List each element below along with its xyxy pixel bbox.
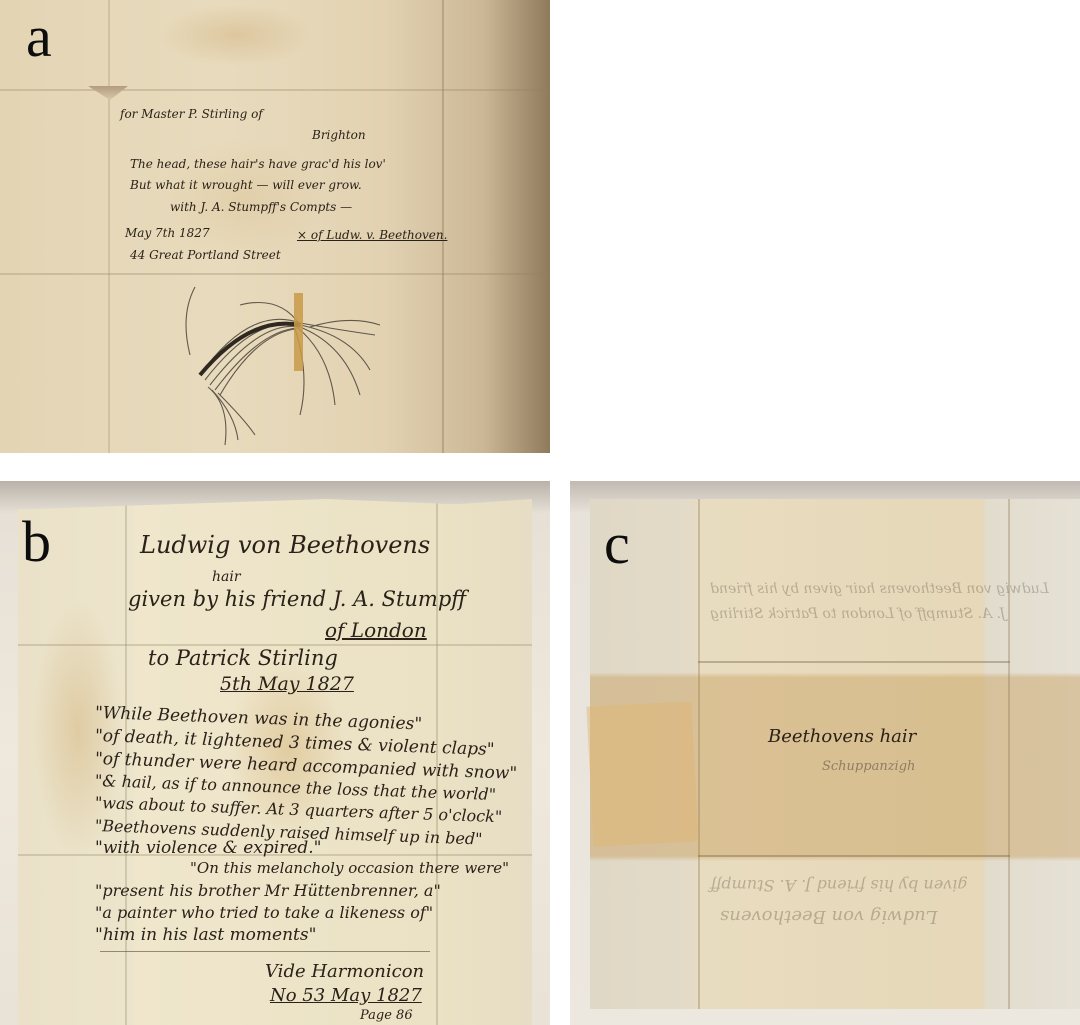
fold-line <box>698 855 1010 857</box>
rule-line <box>100 951 430 952</box>
handwriting-line: × of Ludw. v. Beethoven. <box>297 228 447 242</box>
lock-of-hair-image <box>160 275 400 450</box>
handwriting-line: Beethovens hair <box>768 726 916 747</box>
paper-patch <box>586 701 698 846</box>
handwriting-line: Vide Harmonicon <box>265 961 424 982</box>
panel-label: b <box>22 513 51 571</box>
handwriting-line: May 7th 1827 <box>125 226 210 240</box>
letter-paper-reverse <box>590 499 1080 1009</box>
handwriting-line: Schuppanzigh <box>822 759 915 774</box>
panel-a-photo: a for Master P. Stirling of Brighton The… <box>0 0 550 453</box>
handwriting-line: "with violence & expired." <box>95 838 322 858</box>
handwriting-line: to Patrick Stirling <box>148 646 338 670</box>
handwriting-line: Brighton <box>312 128 366 142</box>
handwriting-line: No 53 May 1827 <box>270 985 422 1006</box>
handwriting-line: "present his brother Mr Hüttenbrenner, a… <box>95 881 441 900</box>
handwriting-line: "a painter who tried to take a likeness … <box>95 903 433 922</box>
handwriting-line: for Master P. Stirling of <box>120 107 263 121</box>
paper-tear <box>88 86 128 100</box>
panel-c-photo: c Ludwig von Beethovens hair given by hi… <box>570 481 1080 1025</box>
panel-label: c <box>604 515 630 573</box>
bleedthrough-text: Ludwig von Beethovens <box>720 906 938 927</box>
handwriting-line: of London <box>325 618 427 642</box>
fold-line <box>1008 499 1010 1009</box>
handwriting-line: 44 Great Portland Street <box>130 248 281 262</box>
fold-line <box>698 499 700 1009</box>
handwriting-line: given by his friend J. A. Stumpff <box>128 587 466 611</box>
bleedthrough-text: J. A. Stumpff of London to Patrick Stirl… <box>710 606 1005 622</box>
tape-strip <box>294 293 303 371</box>
bleedthrough-text: Ludwig von Beethovens hair given by his … <box>710 581 1049 597</box>
handwriting-line: The head, these hair's have grac'd his l… <box>130 157 386 171</box>
handwriting-line: "On this melancholy occasion there were" <box>190 859 509 877</box>
handwriting-line: "him in his last moments" <box>95 925 316 945</box>
panel-label: a <box>26 8 52 66</box>
handwriting-line: Ludwig von Beethovens <box>140 531 430 559</box>
handwriting-line: with J. A. Stumpff's Compts — <box>170 200 352 214</box>
fold-line <box>698 661 1010 663</box>
fold-line <box>108 0 110 453</box>
fold-line <box>442 0 444 453</box>
panel-b-photo: b Ludwig von Beethovens hair given by hi… <box>0 481 550 1025</box>
handwriting-line: Page 86 <box>360 1008 413 1023</box>
fold-line <box>0 89 550 91</box>
handwriting-line: hair <box>212 569 241 585</box>
handwriting-line: But what it wrought — will ever grow. <box>130 178 362 192</box>
bleedthrough-text: given by his friend J. A. Stumpff <box>710 876 968 895</box>
handwriting-line: 5th May 1827 <box>220 673 354 695</box>
